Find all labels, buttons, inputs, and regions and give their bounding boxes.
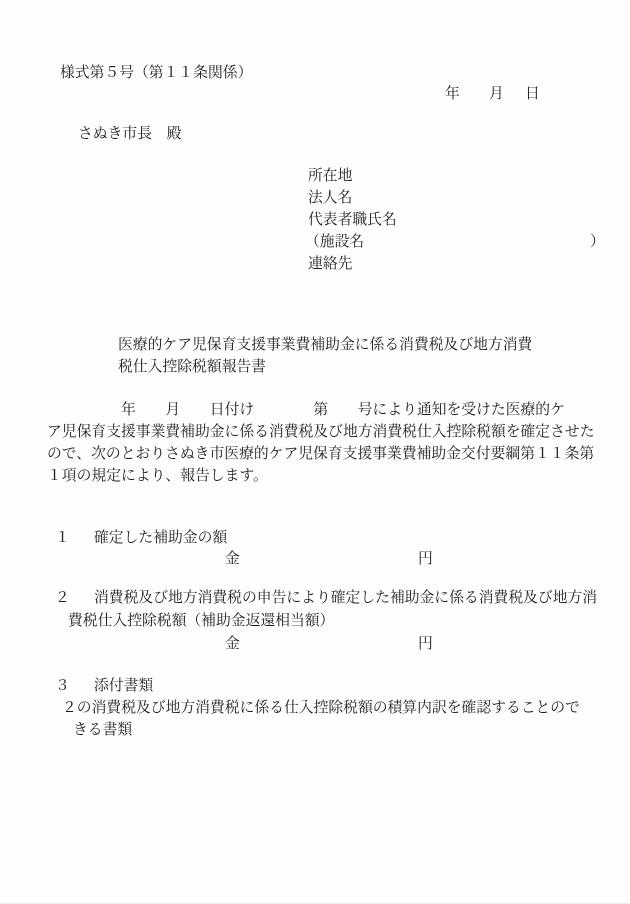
- item-3-number: ３: [55, 678, 70, 694]
- item-2-label-line2: 費税仕入控除税額（補助金返還相当額）: [68, 613, 334, 629]
- facility-name-close-paren: ）: [590, 234, 605, 250]
- item-2-label-line1: 消費税及び地方消費税の申告により確定した補助金に係る消費税及び地方消: [94, 590, 597, 606]
- item-1-number: １: [55, 530, 70, 546]
- addressee: さぬき市長 殿: [78, 126, 182, 142]
- document-title-line2: 税仕入控除税額報告書: [118, 359, 266, 375]
- body-paragraph-line1: 年 月 日付け 第 号により通知を受けた医療的ケ: [47, 402, 565, 418]
- item-1-amount-prefix: 金: [225, 551, 240, 567]
- sender-contact-label: 連絡先: [308, 256, 352, 272]
- sender-corporation-label: 法人名: [308, 190, 352, 206]
- date-month-label: 月: [489, 86, 504, 102]
- date-year-label: 年: [445, 86, 460, 102]
- sender-location-label: 所在地: [308, 168, 352, 184]
- item-2-amount-unit: 円: [418, 636, 433, 652]
- document-title-line1: 医療的ケア児保育支援事業費補助金に係る消費税及び地方消費: [118, 337, 532, 353]
- body-paragraph-line4: １項の規定により、報告します。: [47, 468, 268, 484]
- body-paragraph-line2: ア児保育支援事業費補助金に係る消費税及び地方消費税仕入控除税額を確定させた: [47, 424, 595, 440]
- form-number: 様式第５号（第１１条関係）: [60, 65, 252, 81]
- item-2-number: ２: [55, 590, 70, 606]
- sender-representative-label: 代表者職氏名: [308, 212, 397, 228]
- body-paragraph-line3: ので、次のとおりさぬき市医療的ケア児保育支援事業費補助金交付要綱第１１条第: [47, 446, 594, 462]
- item-3-detail-line1: ２の消費税及び地方消費税に係る仕入控除税額の積算内訳を確認することので: [62, 700, 580, 716]
- facility-name-label: （施設名: [305, 234, 364, 250]
- date-day-label: 日: [525, 86, 540, 102]
- item-2-amount-prefix: 金: [225, 636, 240, 652]
- document-page: 様式第５号（第１１条関係） 年 月 日 さぬき市長 殿 所在地 法人名 代表者職…: [0, 0, 630, 904]
- item-1-label: 確定した補助金の額: [94, 530, 227, 546]
- item-3-label: 添付書類: [94, 678, 153, 694]
- item-1-amount-unit: 円: [418, 551, 433, 567]
- item-3-detail-line2: きる書類: [73, 722, 132, 738]
